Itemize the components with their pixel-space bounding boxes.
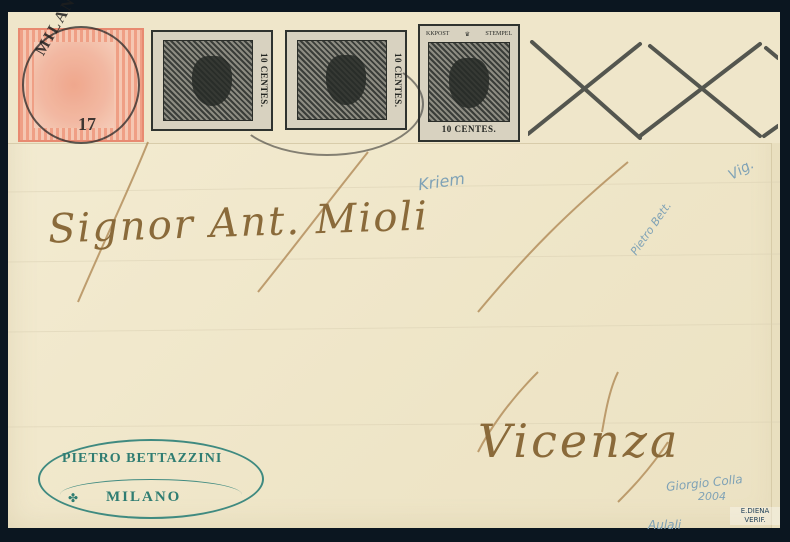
expert-mark-line2: VERIF. [730,516,780,525]
stamp-top-left: KKPOST [426,31,449,37]
pen-cancel-cross-icon [528,40,778,140]
circular-postmark: MILAN 17 [22,26,140,144]
postal-cover: 10 CENTES. 10 CENTES. KKPOST ♛ STEMPEL 1… [8,12,780,528]
expert-mark-line1: E.DIENA [730,507,780,516]
stamp-denomination: 10 CENTES. [426,124,512,138]
stamp-top-right: STEMPEL [485,31,512,37]
stamp-top-text: KKPOST ♛ STEMPEL [426,28,512,40]
eagle-icon [449,58,489,108]
sender-name: PIETRO BETTAZZINI [62,451,222,467]
postmark-arc [230,52,424,156]
crown-icon: ♛ [465,31,470,38]
black-stamp-3: KKPOST ♛ STEMPEL 10 CENTES. [418,24,520,142]
expert-mark: E.DIENA VERIF. [730,507,780,525]
sender-city: MILANO [106,489,181,506]
ornament-icon: ✤ [68,491,78,506]
eagle-icon [192,56,232,106]
pencil-year: 2004 [698,490,726,503]
postmark-day: 17 [78,114,96,135]
address-line-2: Vicenza [478,414,680,468]
pencil-signature-2: Aulali [648,518,681,532]
sender-oval-handstamp: PIETRO BETTAZZINI ✤ MILANO [38,439,264,519]
